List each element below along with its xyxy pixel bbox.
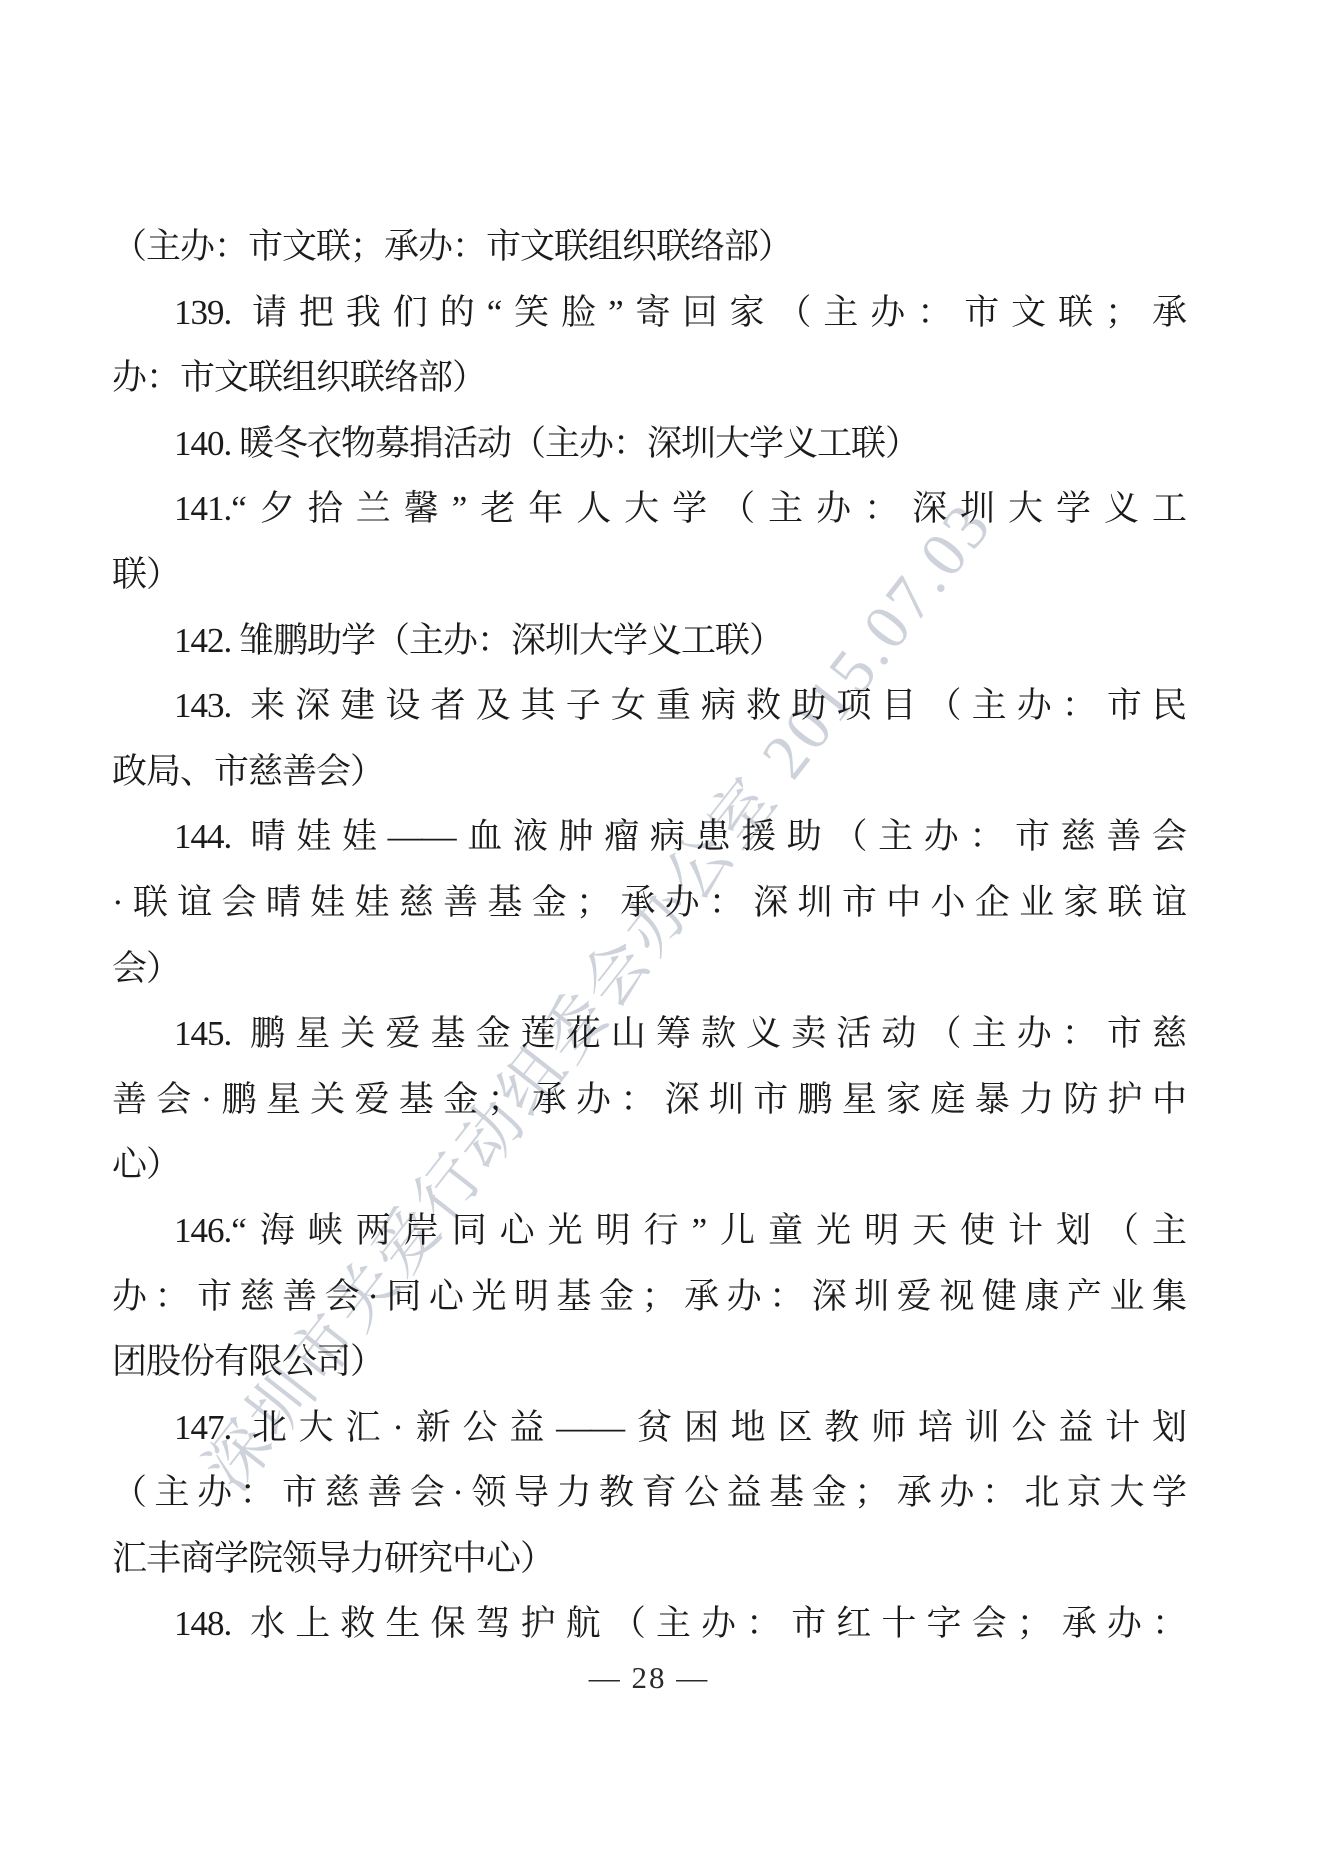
text-line: 147. 北大汇·新公益——贫困地区教师培训公益计划	[112, 1395, 1186, 1461]
text-line: 办：市慈善会·同心光明基金；承办：深圳爱视健康产业集	[112, 1264, 1186, 1330]
text-line: 联）	[112, 542, 1186, 608]
text-line: 团股份有限公司）	[112, 1329, 1186, 1395]
text-line: 办：市文联组织联络部）	[112, 345, 1186, 411]
text-line: 140. 暖冬衣物募捐活动（主办：深圳大学义工联）	[112, 411, 1186, 477]
text-line: 善会·鹏星关爱基金；承办：深圳市鹏星家庭暴力防护中	[112, 1067, 1186, 1133]
text-line: （主办：市文联；承办：市文联组织联络部）	[112, 214, 1186, 280]
text-line: 政局、市慈善会）	[112, 739, 1186, 805]
document-page: 深圳市关爱行动组委会办公室 2015.07.03 （主办：市文联；承办：市文联组…	[0, 0, 1323, 1871]
text-line: 148. 水上救生保驾护航（主办：市红十字会；承办：	[112, 1591, 1186, 1657]
text-line: 141.“夕拾兰馨”老年人大学（主办：深圳大学义工	[112, 476, 1186, 542]
text-line: 142. 雏鹏助学（主办：深圳大学义工联）	[112, 608, 1186, 674]
text-line: 144. 晴娃娃——血液肿瘤病患援助（主办：市慈善会	[112, 804, 1186, 870]
text-line: ·联谊会晴娃娃慈善基金；承办：深圳市中小企业家联谊	[112, 870, 1186, 936]
text-line: 139. 请把我们的“笑脸”寄回家（主办：市文联；承	[112, 280, 1186, 346]
text-line: （主办：市慈善会·领导力教育公益基金；承办：北京大学	[112, 1460, 1186, 1526]
text-line: 146.“海峡两岸同心光明行”儿童光明天使计划（主	[112, 1198, 1186, 1264]
text-line: 心）	[112, 1132, 1186, 1198]
text-line: 会）	[112, 936, 1186, 1002]
text-block: （主办：市文联；承办：市文联组织联络部）139. 请把我们的“笑脸”寄回家（主办…	[112, 214, 1186, 1657]
text-line: 汇丰商学院领导力研究中心）	[112, 1526, 1186, 1592]
page-number-footer: — 28 —	[112, 1660, 1186, 1696]
text-line: 143. 来深建设者及其子女重病救助项目（主办：市民	[112, 673, 1186, 739]
text-line: 145. 鹏星关爱基金莲花山筹款义卖活动（主办：市慈	[112, 1001, 1186, 1067]
